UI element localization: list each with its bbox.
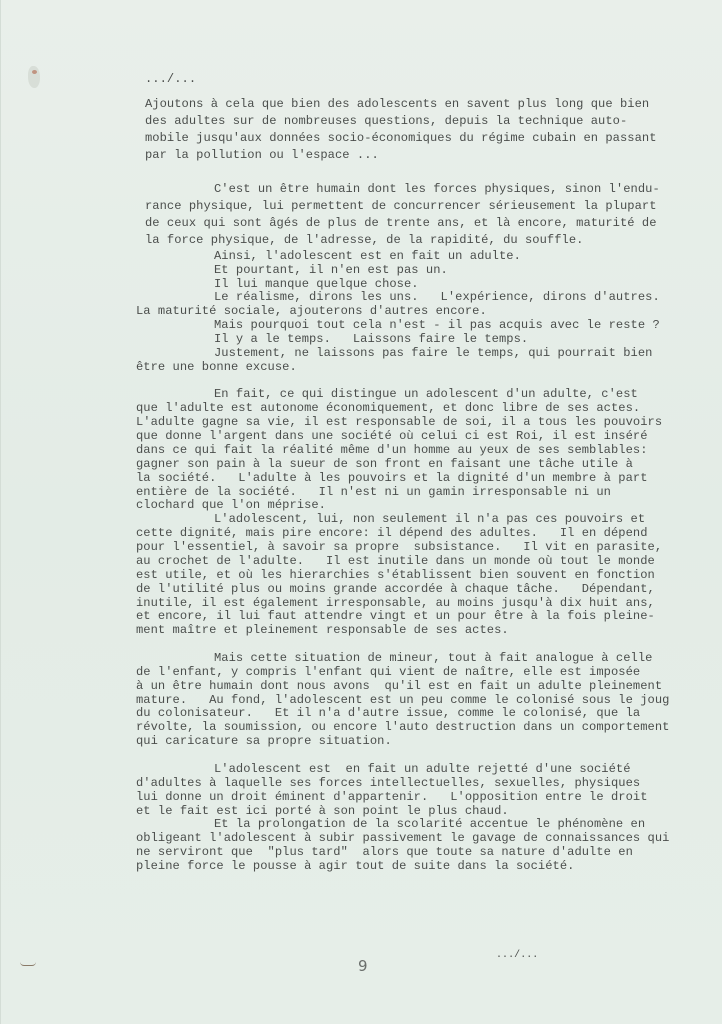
text-line: par la pollution ou l'espace ...	[145, 147, 379, 164]
ink-mark	[20, 962, 36, 966]
text-line: pleine force le pousse à agir tout de su…	[136, 858, 574, 875]
text-line: des adultes sur de nombreuses questions,…	[145, 113, 627, 130]
text-line: la force physique, de l'adresse, de la r…	[145, 232, 583, 249]
text-line: qui caricature sa propre situation.	[136, 733, 392, 750]
typewritten-page: .../... Ajoutons à cela que bien des ado…	[0, 0, 722, 1024]
text-line: mobile jusqu'aux données socio-économiqu…	[145, 130, 657, 147]
header-continuation: .../...	[145, 72, 196, 86]
text-line: C'est un être humain dont les forces phy…	[214, 181, 660, 198]
text-line: être une bonne excuse.	[136, 359, 297, 376]
text-line: rance physique, lui permettent de concur…	[145, 198, 657, 215]
page-number: 9	[358, 957, 368, 975]
text-line: Ajoutons à cela que bien des adolescents…	[145, 96, 649, 113]
text-line: ment maître et pleinement responsable de…	[136, 622, 509, 639]
punch-mark	[28, 66, 40, 88]
text-line: de ceux qui sont âgés de plus de trente …	[145, 215, 657, 232]
footer-continuation: .../...	[496, 950, 538, 961]
